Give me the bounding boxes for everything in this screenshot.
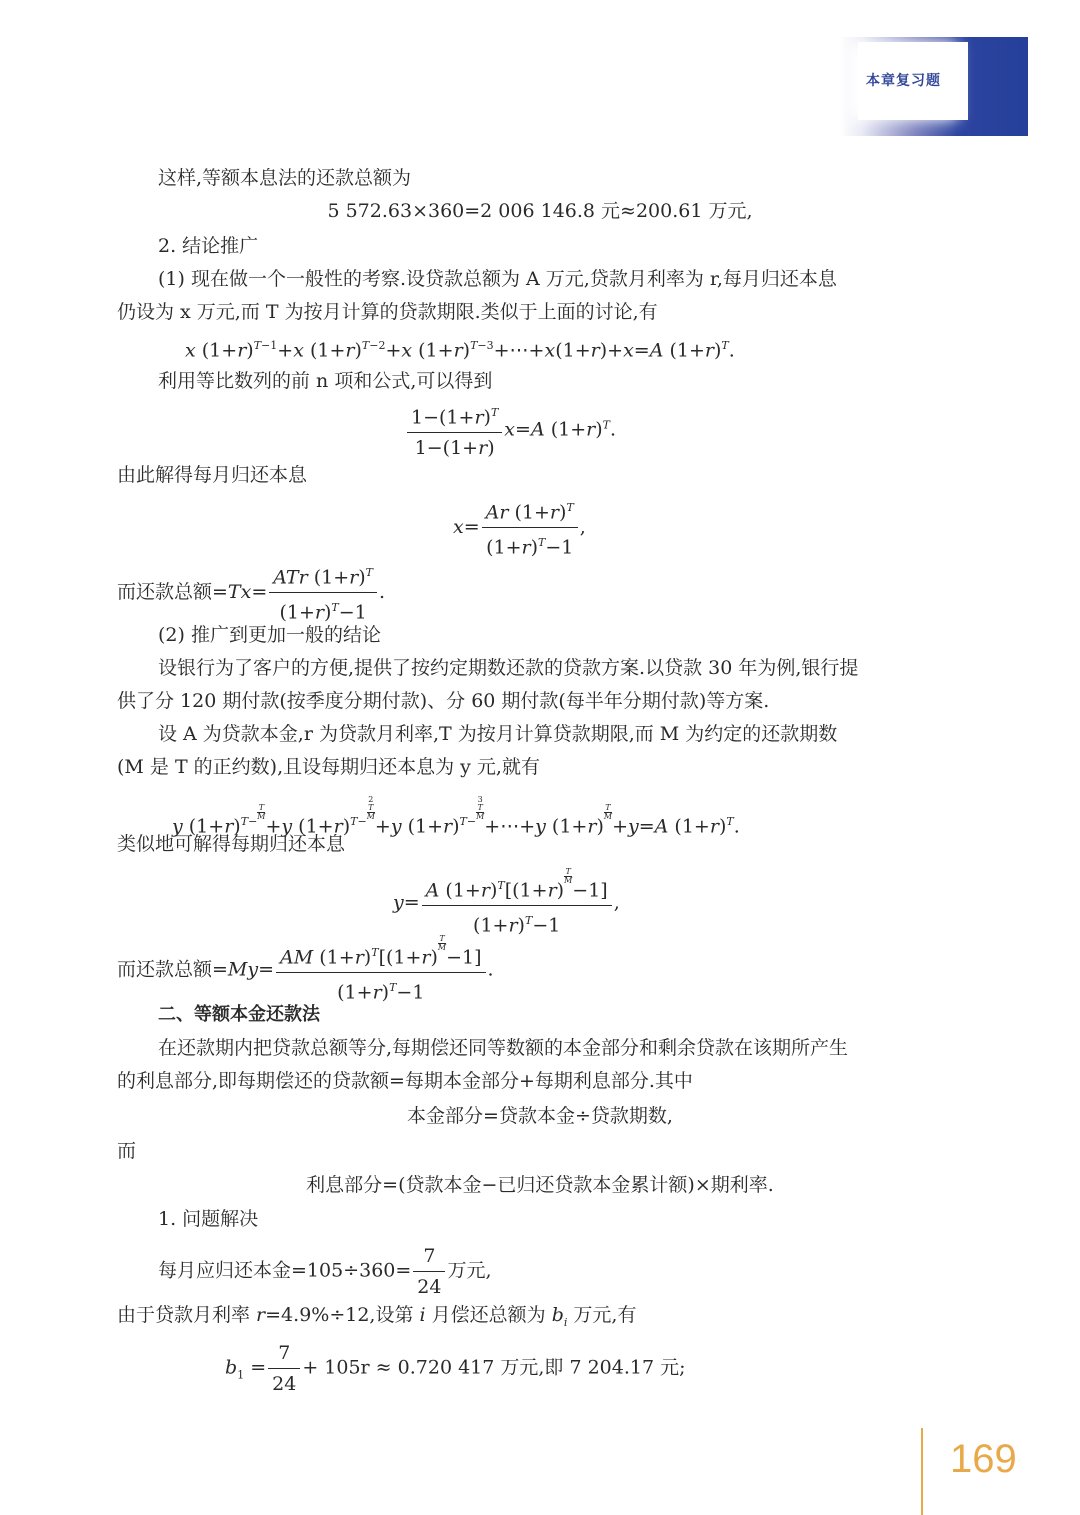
equation-monthly-payment: x=Ar (1+r)T(1+r)T−1, [453, 495, 586, 561]
equation-series-sum: x (1+r)T−1+x (1+r)T−2+x (1+r)T−3+⋯+x(1+r… [185, 333, 735, 363]
page-number: 169 [950, 1437, 1017, 1482]
paragraph: 仍设为 x 万元,而 T 为按月计算的贷款期限.类似于上面的讨论,有 [117, 299, 658, 325]
paragraph: 利用等比数列的前 n 项和公式,可以得到 [158, 368, 492, 394]
equation-first-payment: b1 =724+ 105r ≈ 0.720 417 万元,即 7 204.17 … [225, 1340, 686, 1397]
paragraph: (1) 现在做一个一般性的考察.设贷款总额为 A 万元,贷款月利率为 r,每月归… [158, 266, 837, 292]
equation-period-payment: y=A (1+r)T[(1+r)TM−1](1+r)T−1, [393, 868, 620, 939]
paragraph: 的利息部分,即每期偿还的贷款额=每期本金部分+每期利息部分.其中 [117, 1068, 693, 1094]
paragraph: 在还款期内把贷款总额等分,每期偿还同等数额的本金部分和剩余贷款在该期所产生 [158, 1035, 848, 1061]
fraction-numerator: 7 [413, 1243, 445, 1272]
equation-suffix: + 105r ≈ 0.720 417 万元,即 7 204.17 元; [302, 1357, 685, 1379]
equation: 本金部分=贷款本金÷贷款期数, [0, 1103, 1080, 1129]
equation-geometric-sum: 1−(1+r)T1−(1+r)x=A (1+r)T. [405, 400, 616, 461]
fraction-denominator: 24 [268, 1369, 300, 1397]
fraction-numerator: 7 [268, 1340, 300, 1369]
equation-prefix: 而还款总额= [117, 581, 228, 603]
paragraph: (M 是 T 的正约数),且设每期归还本息为 y 元,就有 [117, 754, 540, 780]
paragraph: 由于贷款月利率 r=4.9%÷12,设第 i 月偿还总额为 bi 万元,有 [117, 1302, 636, 1336]
paragraph: 供了分 120 期付款(按季度分期付款)、分 60 期付款(每半年分期付款)等方… [117, 688, 769, 714]
equation-prefix: 而还款总额= [117, 958, 228, 980]
page-number-divider [921, 1428, 923, 1515]
fraction-denominator: 24 [413, 1272, 445, 1300]
subsection-heading: 1. 问题解决 [158, 1206, 258, 1232]
paragraph: 这样,等额本息法的还款总额为 [158, 165, 411, 191]
chapter-header-tab: 本章复习题 [840, 37, 1028, 136]
chapter-title: 本章复习题 [866, 70, 941, 90]
paragraph: 类似地可解得每期归还本息 [117, 831, 345, 857]
subsection-heading: (2) 推广到更加一般的结论 [158, 622, 381, 648]
equation-period-total: 而还款总额=My=AM (1+r)T[(1+r)TM−1](1+r)T−1. [117, 935, 494, 1006]
subsection-heading: 2. 结论推广 [158, 233, 258, 259]
paragraph: 设 A 为贷款本金,r 为贷款月利率,T 为按月计算贷款期限,而 M 为约定的还… [158, 721, 837, 747]
equation-monthly-principal: 每月应归还本金=105÷360=724万元, [158, 1243, 492, 1300]
paragraph: 由此解得每月归还本息 [117, 462, 307, 488]
equation-suffix: 万元, [447, 1260, 491, 1282]
equation-prefix: 每月应归还本金=105÷360= [158, 1260, 411, 1282]
equation-total-repayment: 而还款总额=Tx=ATr (1+r)T(1+r)T−1. [117, 560, 385, 626]
section-heading: 二、等额本金还款法 [158, 1002, 320, 1028]
paragraph: 设银行为了客户的方便,提供了按约定期数还款的贷款方案.以贷款 30 年为例,银行… [158, 655, 858, 681]
equation: 利息部分=(贷款本金−已归还贷款本金累计额)×期利率. [0, 1172, 1080, 1198]
equation: 5 572.63×360=2 006 146.8 元≈200.61 万元, [0, 198, 1080, 224]
paragraph: 而 [117, 1138, 136, 1164]
